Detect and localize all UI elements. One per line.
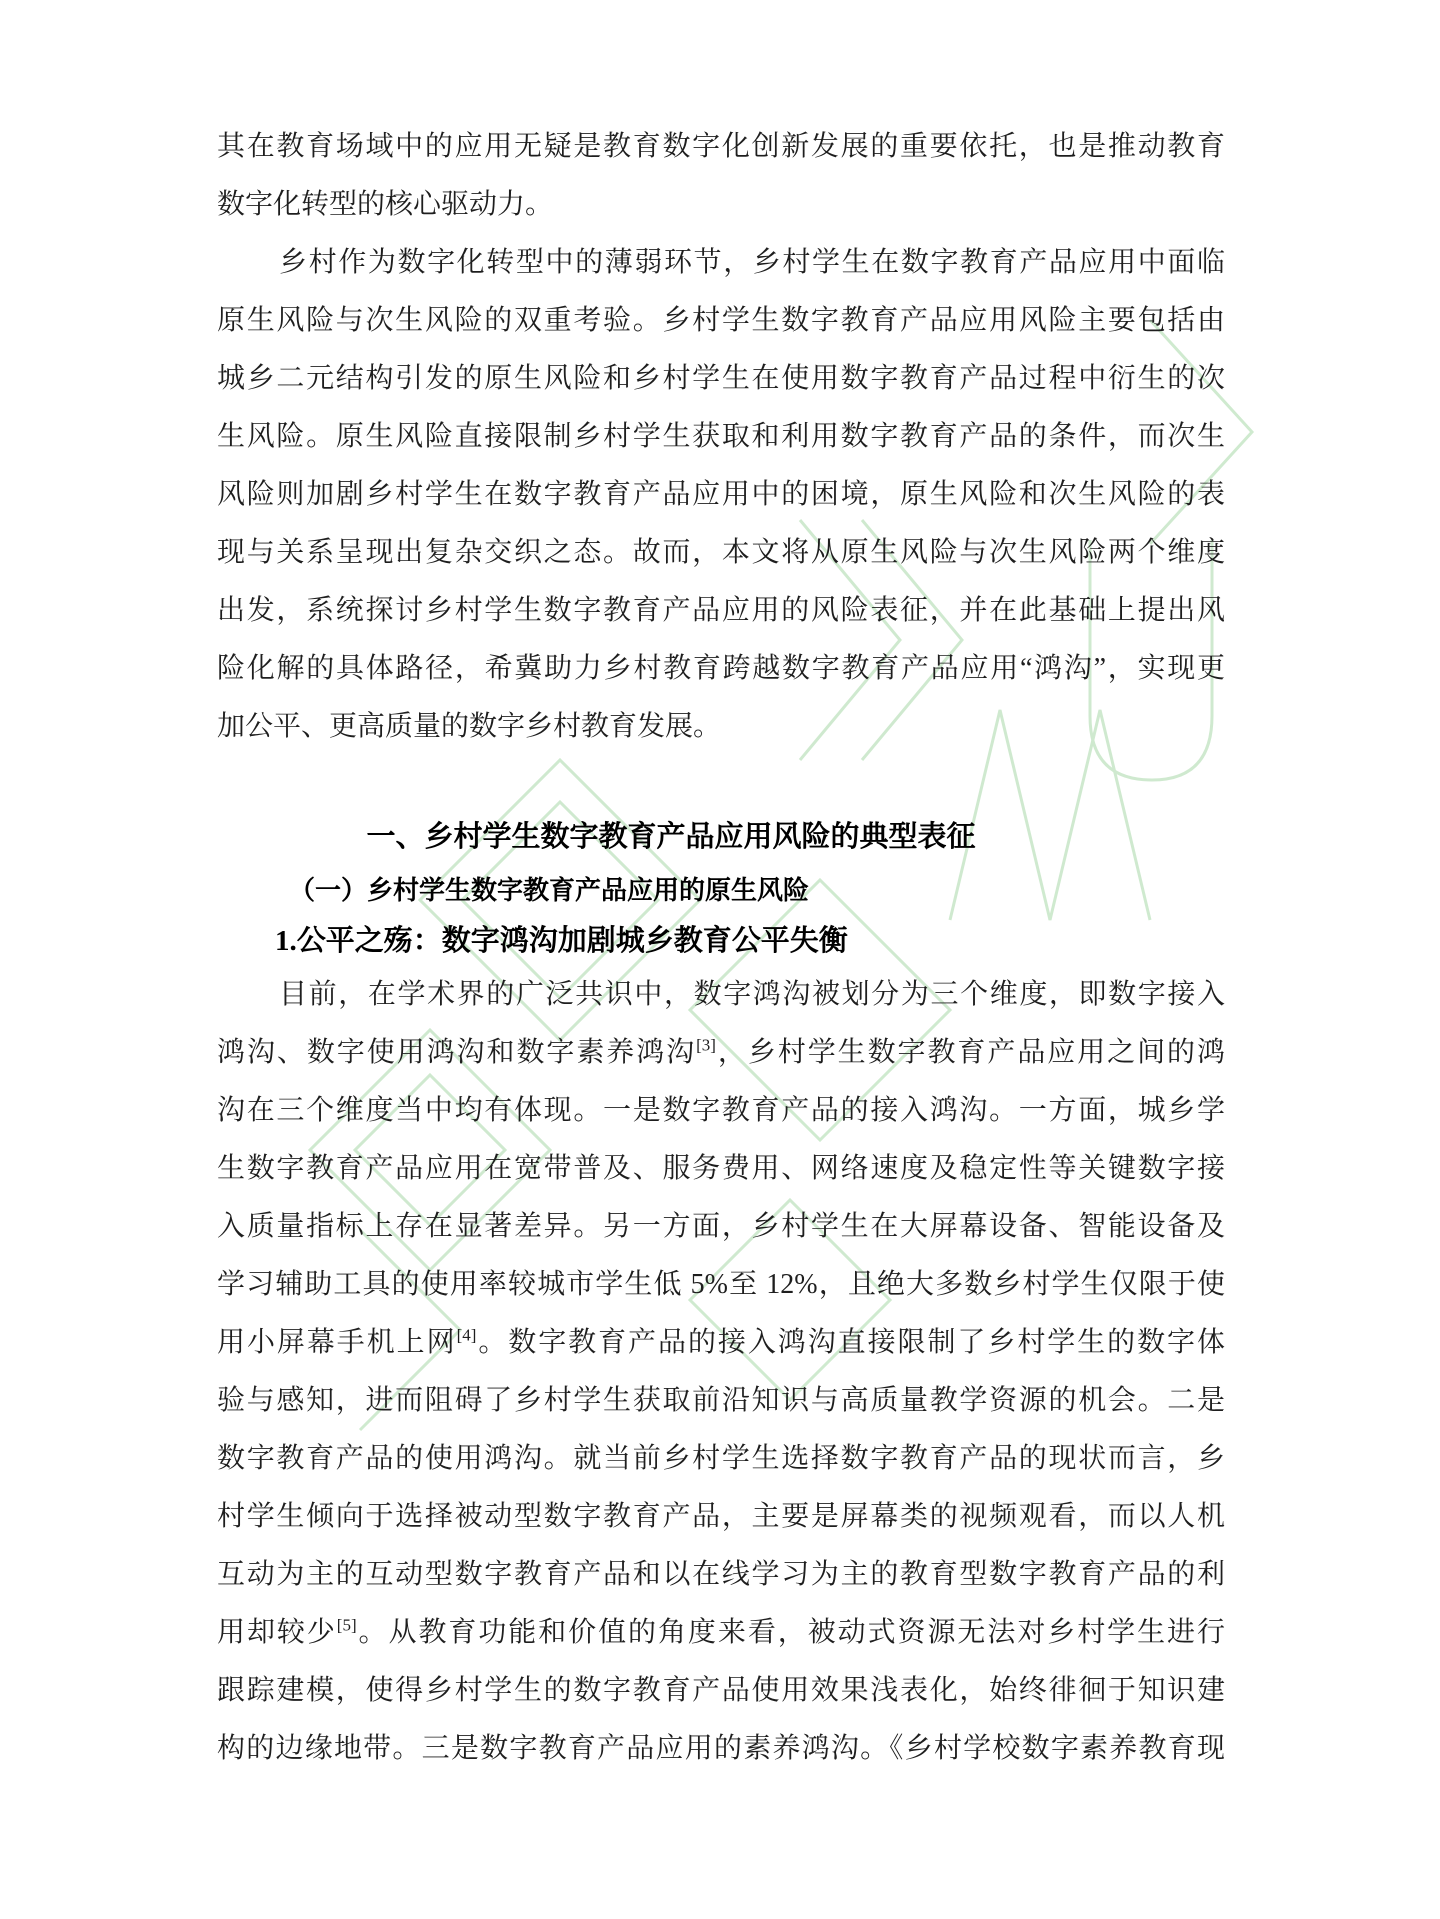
point-heading: 1.公平之殇：数字鸿沟加剧城乡教育公平失衡 [217,916,1225,966]
text-line: 入质量指标上存在显著差异。另一方面，乡村学生在大屏幕设备、智能设备及 [217,1198,1225,1256]
text-line: 跟踪建模，使得乡村学生的数字教育产品使用效果浅表化，始终徘徊于知识建 [217,1662,1225,1720]
text-line: 目前，在学术界的广泛共识中，数字鸿沟被划分为三个维度，即数字接入 [217,966,1225,1024]
text-line: 数字教育产品的使用鸿沟。就当前乡村学生选择数字教育产品的现状而言，乡 [217,1430,1225,1488]
text-line: 原生风险与次生风险的双重考验。乡村学生数字教育产品应用风险主要包括由 [217,292,1225,350]
text-line: 学习辅助工具的使用率较城市学生低 5%至 12%，且绝大多数乡村学生仅限于使 [217,1256,1225,1314]
text-line: 数字化转型的核心驱动力。 [217,176,1225,234]
footnote-ref: [3] [696,1036,716,1055]
text-line: 用却较少[5]。从教育功能和价值的角度来看，被动式资源无法对乡村学生进行 [217,1604,1225,1662]
text-line: 验与感知，进而阻碍了乡村学生获取前沿知识与高质量教学资源的机会。二是 [217,1372,1225,1430]
section-heading: 一、乡村学生数字教育产品应用风险的典型表征 [217,808,1125,866]
text-line: 村学生倾向于选择被动型数字教育产品，主要是屏幕类的视频观看，而以人机 [217,1488,1225,1546]
text-line: 现与关系呈现出复杂交织之态。故而，本文将从原生风险与次生风险两个维度 [217,524,1225,582]
text-line: 互动为主的互动型数字教育产品和以在线学习为主的教育型数字教育产品的利 [217,1546,1225,1604]
text-line: 用小屏幕手机上网[4]。数字教育产品的接入鸿沟直接限制了乡村学生的数字体 [217,1314,1225,1372]
text-line: 险化解的具体路径，希冀助力乡村教育跨越数字教育产品应用“鸿沟”，实现更 [217,640,1225,698]
text-column: 其在教育场域中的应用无疑是教育数字化创新发展的重要依托，也是推动教育数字化转型的… [217,118,1225,1778]
text-line: 生数字教育产品应用在宽带普及、服务费用、网络速度及稳定性等关键数字接 [217,1140,1225,1198]
text-line: 风险则加剧乡村学生在数字教育产品应用中的困境，原生风险和次生风险的表 [217,466,1225,524]
text-line: 城乡二元结构引发的原生风险和乡村学生在使用数字教育产品过程中衍生的次 [217,350,1225,408]
text-line: 构的边缘地带。三是数字教育产品应用的素养鸿沟。《乡村学校数字素养教育现 [217,1720,1225,1778]
text-line: 鸿沟、数字使用鸿沟和数字素养鸿沟[3]，乡村学生数字教育产品应用之间的鸿 [217,1024,1225,1082]
text-line: 其在教育场域中的应用无疑是教育数字化创新发展的重要依托，也是推动教育 [217,118,1225,176]
text-line: 加公平、更高质量的数字乡村教育发展。 [217,698,1225,756]
footnote-ref: [4] [457,1326,477,1345]
footnote-ref: [5] [337,1616,357,1635]
subsection-heading: （一）乡村学生数字教育产品应用的原生风险 [217,866,1225,916]
text-line: 乡村作为数字化转型中的薄弱环节，乡村学生在数字教育产品应用中面临 [217,234,1225,292]
text-line: 沟在三个维度当中均有体现。一是数字教育产品的接入鸿沟。一方面，城乡学 [217,1082,1225,1140]
text-line: 出发，系统探讨乡村学生数字教育产品应用的风险表征，并在此基础上提出风 [217,582,1225,640]
document-page: 其在教育场域中的应用无疑是教育数字化创新发展的重要依托，也是推动教育数字化转型的… [0,0,1440,1919]
text-line: 生风险。原生风险直接限制乡村学生获取和利用数字教育产品的条件，而次生 [217,408,1225,466]
